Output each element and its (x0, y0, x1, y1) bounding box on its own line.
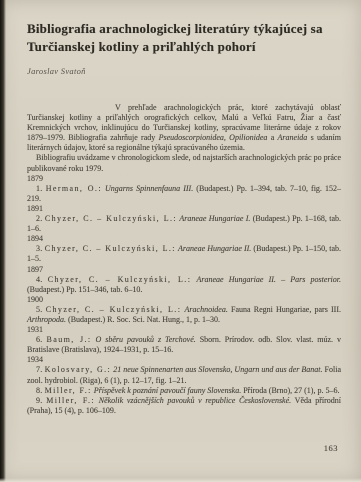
scan-bottom-artifact (0, 478, 361, 482)
taxon-name: Pseudoscorpionidea, Opilionidea (159, 133, 268, 142)
year-heading: 1894 (27, 234, 341, 244)
year-heading: 1897 (27, 265, 341, 275)
entry-citation: (Budapest.) R. Soc. Sci. Nat. Hung., 1, … (66, 315, 220, 324)
entry-title: 21 neue Spinnenarten aus Slovensko, Unga… (113, 365, 322, 374)
year-heading: 1879 (27, 174, 341, 184)
entry-citation: (Budapest.) Pp. 151–346, tab. 6–10. (27, 285, 142, 294)
article-title: Bibliografia arachnologickej literatúry … (27, 20, 341, 55)
bibliography-entry: 1. Herman, O.: Ungarns Spinnenfauna III.… (27, 184, 341, 204)
scan-edge-artifact (0, 0, 6, 482)
entry-number: 5. (36, 305, 46, 314)
entry-number: 1. (36, 184, 46, 193)
entry-title: Arthropoda. (27, 315, 66, 324)
entry-authors: Chyzer, C. – Kulczyński, L.: (46, 305, 182, 314)
bibliography-entry: 7. Kolosvary, G.: 21 neue Spinnenarten a… (27, 365, 341, 385)
entry-number: 7. (36, 365, 45, 374)
entry-authors: Miller, F.: (45, 386, 92, 395)
entry-title: Ungarns Spinnenfauna III. (105, 184, 193, 193)
entry-title: O sběru pavouků z Terchové. (96, 335, 196, 344)
entry-number: 2. (36, 214, 45, 223)
entry-title: Arachnoidea. (185, 305, 228, 314)
scanned-paper-page: Bibliografia arachnologickej literatúry … (0, 0, 361, 482)
bibliography-entry: 4. Chyzer, C. – Kulczyński, L.: Araneae … (27, 275, 341, 295)
entry-number: 3. (36, 244, 45, 253)
intro-paragraph-2: Bibliografiu uvádzame v chronologickom s… (27, 153, 341, 173)
entry-title: Příspěvek k poznání pavoučí fauny Sloven… (94, 386, 242, 395)
year-heading: 1900 (27, 295, 341, 305)
entry-authors: Baum, J.: (47, 335, 92, 344)
bibliography-entry: 2. Chyzer, C. – Kulczyński, L.: Araneae … (27, 214, 341, 234)
year-heading: 1934 (27, 355, 341, 365)
bibliography-entry: 6. Baum, J.: O sběru pavouků z Terchové.… (27, 335, 341, 355)
entry-authors: Chyzer, C. – Kulczyński, L.: (45, 244, 176, 253)
entry-number: 6. (36, 335, 47, 344)
entry-authors: Herman, O.: (46, 184, 102, 193)
bibliography-entry: 8. Miller, F.: Příspěvek k poznání pavou… (27, 386, 341, 396)
bibliography-list: 18791. Herman, O.: Ungarns Spinnenfauna … (27, 174, 341, 416)
article-author: Jaroslav Svatoň (27, 66, 341, 76)
intro-paragraph-1: V prehľade arachnologických prác, ktoré … (27, 103, 341, 153)
bibliography-entry: 3. Chyzer, C. – Kulczyński, L.: Araneae … (27, 244, 341, 264)
entry-number: 4. (36, 275, 48, 284)
entry-number: 9. (36, 396, 46, 405)
page-content: Bibliografia arachnologickej literatúry … (27, 20, 341, 416)
year-heading: 1891 (27, 204, 341, 214)
intro-text: a (267, 133, 277, 142)
entry-title: Araneae Hungariae II. – Pars posterior. (197, 275, 342, 284)
entry-number: 8. (36, 386, 45, 395)
bibliography-entry: 9. Miller, F.: Několik vzácnějších pavou… (27, 396, 341, 416)
entry-title: Araneae Hungariae I. (179, 214, 250, 223)
entry-authors: Chyzer, C. – Kulczyński, L.: (45, 214, 177, 223)
entry-authors: Miller, F.: (46, 396, 95, 405)
entry-citation: Příroda (Brno), 27 (1), p. 5–6. (241, 386, 339, 395)
bibliography-entry: 5. Chyzer, C. – Kulczyński, L.: Arachnoi… (27, 305, 341, 325)
entry-authors: Kolosvary, G.: (45, 365, 111, 374)
entry-title: Araneae Hungariae II. (178, 244, 251, 253)
article-body: V prehľade arachnologických prác, ktoré … (27, 103, 341, 416)
entry-citation: Fauna Regni Hungariae, pars III. (228, 305, 341, 314)
page-number: 163 (324, 443, 338, 453)
entry-authors: Chyzer, C. – Kulczyński, L.: (48, 275, 192, 284)
year-heading: 1931 (27, 325, 341, 335)
taxon-name: Araneida (278, 133, 308, 142)
entry-title: Několik vzácnějších pavouků v republice … (99, 396, 291, 405)
